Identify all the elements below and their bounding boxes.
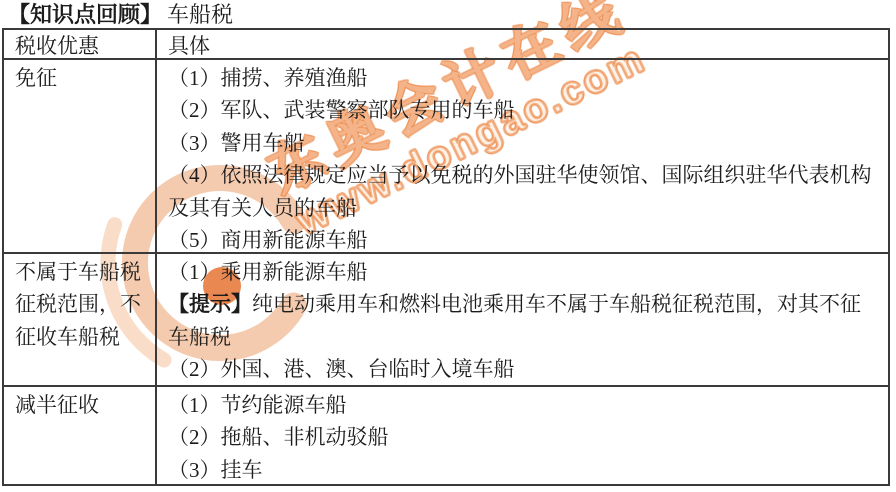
header-label: 具体	[168, 30, 880, 60]
category-label: 减半征收	[15, 389, 147, 421]
item-line: （2）拖船、非机动驳船	[168, 421, 880, 453]
category-label: 免征	[15, 62, 147, 94]
page-title: 【知识点回顾】车船税	[8, 1, 233, 28]
cell-category-half-rate: 减半征收	[4, 387, 157, 484]
cell-items-exempt: （1）捕捞、养殖渔船 （2）军队、武装警察部队专用的车船 （3）警用车船 （4）…	[157, 60, 888, 254]
item-line: （2）军队、武装警察部队专用的车船	[168, 94, 880, 126]
item-line: （4）依照法律规定应当予以免税的外国驻华使领馆、国际组织驻华代表机构及其有关人员…	[168, 159, 880, 224]
tip-line: 【提示】纯电动乘用车和燃料电池乘用车不属于车船税征税范围，对其不征车船税	[168, 288, 880, 353]
cell-category-out-of-scope: 不属于车船税征税范围，不征收车船税	[4, 254, 157, 387]
cell-category-exempt: 免征	[4, 60, 157, 254]
header-cell-tax-benefit: 税收优惠	[4, 30, 157, 60]
title-topic: 车船税	[167, 2, 233, 27]
cell-items-out-of-scope: （1）乘用新能源车船 【提示】纯电动乘用车和燃料电池乘用车不属于车船税征税范围，…	[157, 254, 888, 387]
category-label: 不属于车船税征税范围，不征收车船税	[15, 256, 147, 353]
item-line: （1）捕捞、养殖渔船	[168, 62, 880, 94]
tip-label: 【提示】	[168, 292, 252, 316]
item-line: （5）商用新能源车船	[168, 224, 880, 254]
item-line: （3）警用车船	[168, 127, 880, 159]
item-line: （1）节约能源车船	[168, 389, 880, 421]
header-label: 税收优惠	[15, 30, 147, 60]
tip-text: 纯电动乘用车和燃料电池乘用车不属于车船税征税范围，对其不征车船税	[168, 292, 861, 348]
item-line: （3）挂车	[168, 454, 880, 484]
title-tag: 【知识点回顾】	[8, 2, 162, 27]
item-line: （1）乘用新能源车船	[168, 256, 880, 288]
cell-items-half-rate: （1）节约能源车船 （2）拖船、非机动驳船 （3）挂车	[157, 387, 888, 484]
header-cell-detail: 具体	[157, 30, 888, 60]
vehicle-vessel-tax-table: 税收优惠 具体 免征 （1）捕捞、养殖渔船 （2）军队、武装警察部队专用的车船 …	[2, 28, 890, 486]
item-line: （2）外国、港、澳、台临时入境车船	[168, 353, 880, 385]
knowledge-review-page: { "page": { "title_tag": "【知识点回顾】", "tit…	[0, 0, 896, 492]
